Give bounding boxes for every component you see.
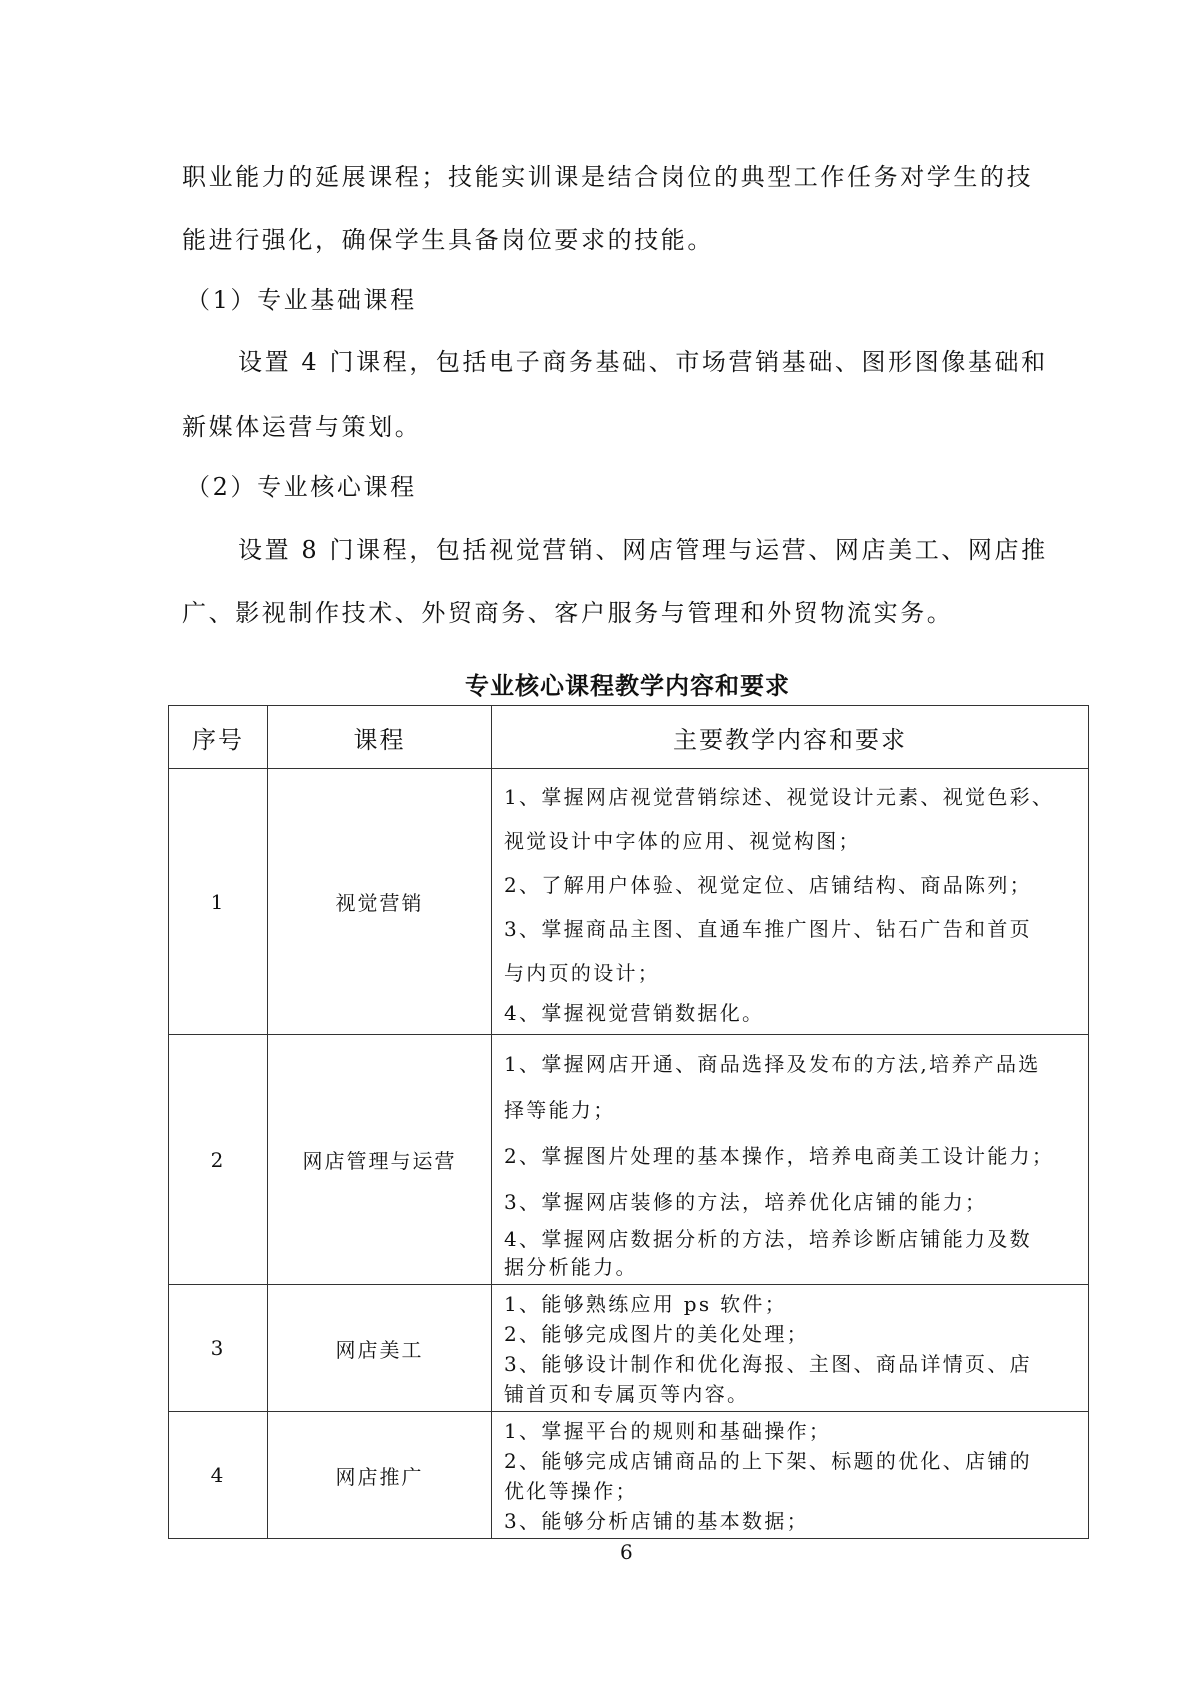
course-content: 1、掌握网店视觉营销综述、视觉设计元素、视觉色彩、 视觉设计中字体的应用、视觉构… <box>492 769 1089 1035</box>
table-row: 2 网店管理与运营 1、掌握网店开通、商品选择及发布的方法,培养产品选 择等能力… <box>169 1035 1089 1285</box>
page-number: 6 <box>620 1540 633 1564</box>
content-line: 铺首页和专属页等内容。 <box>504 1379 1080 1409</box>
content-line: 1、掌握网店开通、商品选择及发布的方法,培养产品选 <box>504 1041 1080 1087</box>
content-line: 2、能够完成图片的美化处理； <box>504 1319 1080 1349</box>
content-line: 视觉设计中字体的应用、视觉构图； <box>504 819 1080 863</box>
content-line: 4、掌握视觉营销数据化。 <box>504 995 1080 1031</box>
content-line: 2、掌握图片处理的基本操作，培养电商美工设计能力； <box>504 1133 1080 1179</box>
content-line: 4、掌握网店数据分析的方法，培养诊断店铺能力及数 <box>504 1225 1080 1253</box>
content-line: 1、掌握网店视觉营销综述、视觉设计元素、视觉色彩、 <box>504 775 1080 819</box>
table-row: 3 网店美工 1、能够熟练应用 ps 软件； 2、能够完成图片的美化处理； 3、… <box>169 1285 1089 1412</box>
course-content: 1、掌握平台的规则和基础操作； 2、能够完成店铺商品的上下架、标题的优化、店铺的… <box>492 1412 1089 1539</box>
content-line: 3、掌握商品主图、直通车推广图片、钻石广告和首页 <box>504 907 1080 951</box>
row-number: 3 <box>169 1285 268 1412</box>
content-line: 3、掌握网店装修的方法，培养优化店铺的能力； <box>504 1179 1080 1225</box>
content-line: 1、能够熟练应用 ps 软件； <box>504 1289 1080 1319</box>
content-line: 据分析能力。 <box>504 1253 1080 1281</box>
course-content: 1、掌握网店开通、商品选择及发布的方法,培养产品选 择等能力； 2、掌握图片处理… <box>492 1035 1089 1285</box>
body-paragraph-line: 能进行强化，确保学生具备岗位要求的技能。 <box>182 228 714 252</box>
table-header-row: 序号 课程 主要教学内容和要求 <box>169 706 1089 769</box>
course-name: 视觉营销 <box>268 769 492 1035</box>
content-line: 3、能够设计制作和优化海报、主图、商品详情页、店 <box>504 1349 1080 1379</box>
body-paragraph-line: 广、影视制作技术、外贸商务、客户服务与管理和外贸物流实务。 <box>182 601 953 625</box>
course-name: 网店管理与运营 <box>268 1035 492 1285</box>
content-line: 与内页的设计； <box>504 951 1080 995</box>
section-heading-basic-courses: （1）专业基础课程 <box>186 288 417 312</box>
table-row: 4 网店推广 1、掌握平台的规则和基础操作； 2、能够完成店铺商品的上下架、标题… <box>169 1412 1089 1539</box>
content-line: 2、了解用户体验、视觉定位、店铺结构、商品陈列； <box>504 863 1080 907</box>
row-number: 2 <box>169 1035 268 1285</box>
content-line: 择等能力； <box>504 1087 1080 1133</box>
header-course: 课程 <box>268 706 492 769</box>
header-content: 主要教学内容和要求 <box>492 706 1089 769</box>
content-line: 1、掌握平台的规则和基础操作； <box>504 1416 1080 1446</box>
section-heading-core-courses: （2）专业核心课程 <box>186 475 417 499</box>
body-paragraph-line: 设置 8 门课程，包括视觉营销、网店管理与运营、网店美工、网店推 <box>238 538 1048 562</box>
row-number: 1 <box>169 769 268 1035</box>
course-name: 网店推广 <box>268 1412 492 1539</box>
content-line: 3、能够分析店铺的基本数据； <box>504 1506 1080 1536</box>
course-content: 1、能够熟练应用 ps 软件； 2、能够完成图片的美化处理； 3、能够设计制作和… <box>492 1285 1089 1412</box>
content-line: 优化等操作； <box>504 1476 1080 1506</box>
core-courses-table: 序号 课程 主要教学内容和要求 1 视觉营销 1、掌握网店视觉营销综述、视觉设计… <box>168 705 1089 1539</box>
table-row: 1 视觉营销 1、掌握网店视觉营销综述、视觉设计元素、视觉色彩、 视觉设计中字体… <box>169 769 1089 1035</box>
body-paragraph-line: 新媒体运营与策划。 <box>182 415 421 439</box>
table-caption: 专业核心课程教学内容和要求 <box>0 666 1190 701</box>
header-number: 序号 <box>169 706 268 769</box>
row-number: 4 <box>169 1412 268 1539</box>
content-line: 2、能够完成店铺商品的上下架、标题的优化、店铺的 <box>504 1446 1080 1476</box>
course-name: 网店美工 <box>268 1285 492 1412</box>
body-paragraph-line: 设置 4 门课程，包括电子商务基础、市场营销基础、图形图像基础和 <box>238 350 1048 374</box>
body-paragraph-line: 职业能力的延展课程；技能实训课是结合岗位的典型工作任务对学生的技 <box>182 165 1033 189</box>
